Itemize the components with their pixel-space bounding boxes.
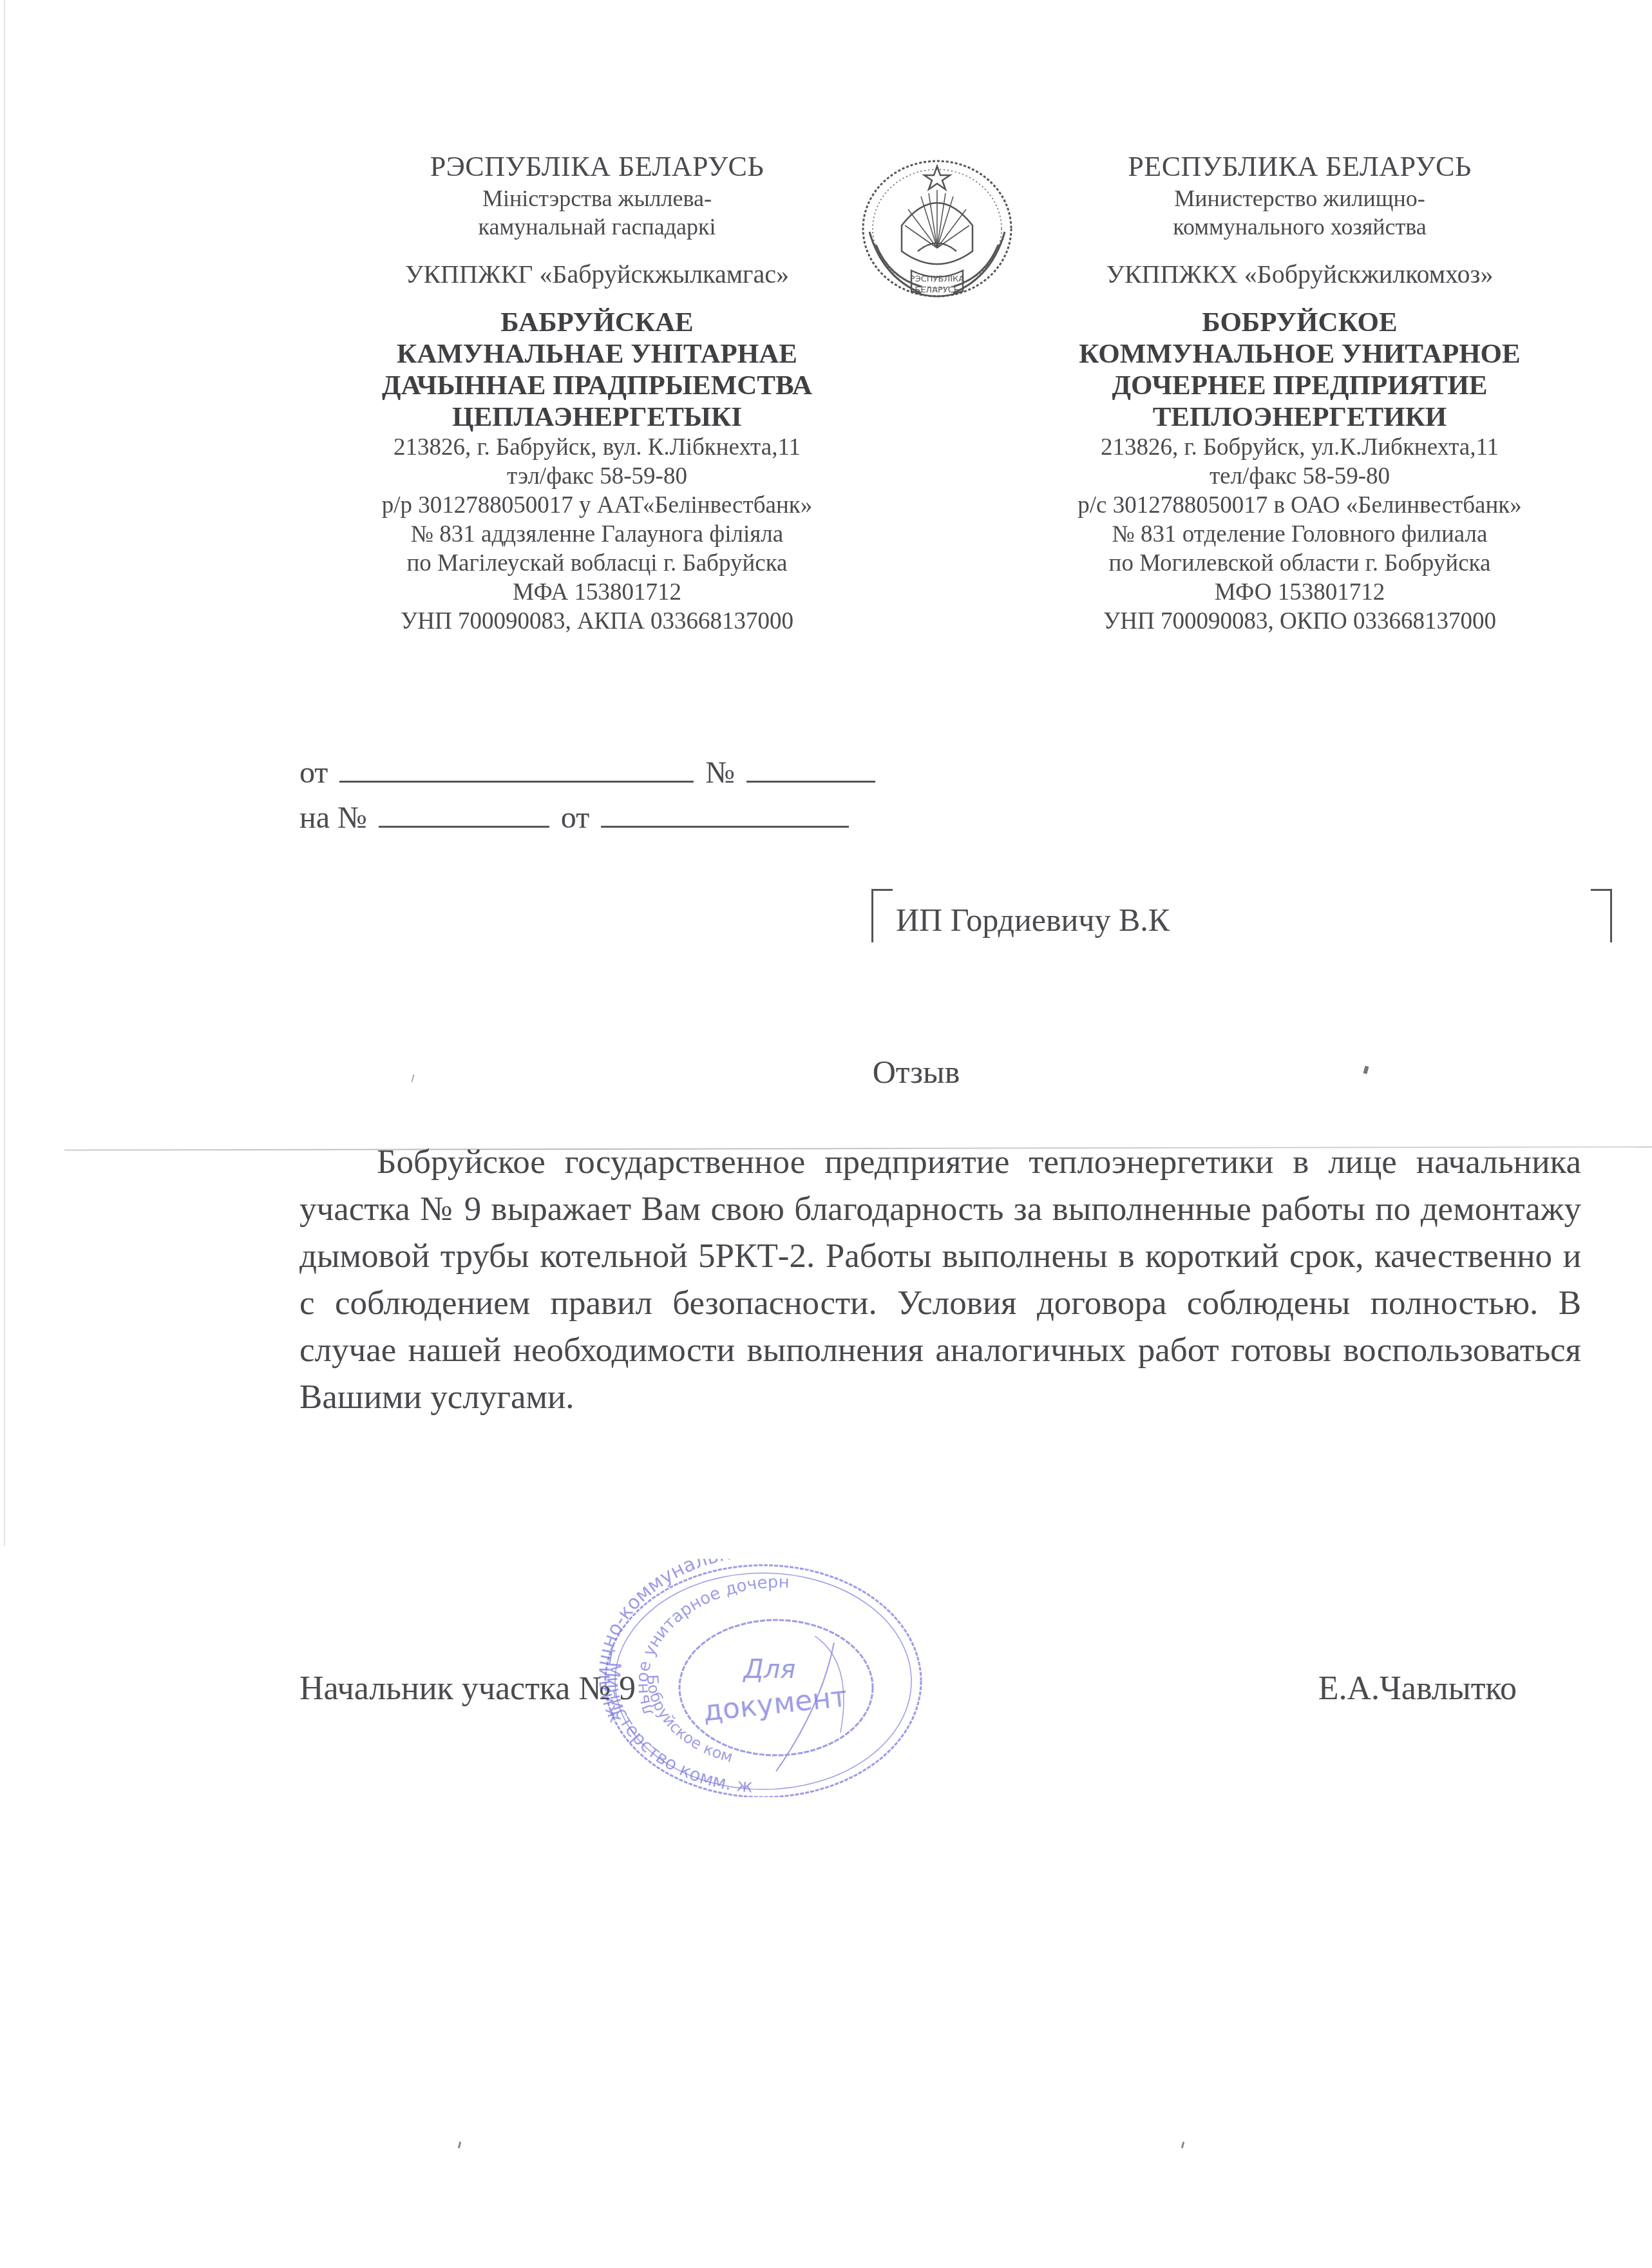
number-field[interactable] xyxy=(746,756,875,783)
corner-mark-left xyxy=(871,889,893,942)
scan-speck xyxy=(458,2142,461,2148)
org-full-line: ДАЧЫННАЕ ПРАДПРЫЕМСТВА xyxy=(320,370,874,401)
bank-region: по Могилевской области г. Бобруйска xyxy=(1023,549,1577,578)
bank-region: по Магілеускай вобласці г. Бабруйска xyxy=(320,549,874,578)
ministry-line: Министерство жилищно- xyxy=(1023,184,1577,213)
country-name: РЕСПУБЛИКА БЕЛАРУСЬ xyxy=(1023,149,1577,184)
ref-number-label: на № xyxy=(299,801,367,835)
org-full-line: ТЕПЛОЭНЕРГЕТИКИ xyxy=(1023,401,1577,433)
org-full-line: КОММУНАЛЬНОЕ УНИТАРНОЕ xyxy=(1023,338,1577,370)
bank-code: МФА 153801712 xyxy=(320,578,874,607)
ministry-line: коммунального хозяйства xyxy=(1023,213,1577,241)
bank-branch: № 831 отделение Головного филиала xyxy=(1023,520,1577,549)
document-title: Отзыв xyxy=(0,1053,1652,1091)
ref-number-field[interactable] xyxy=(379,801,549,828)
scan-edge xyxy=(4,0,5,1546)
org-full-name: БАБРУЙСКАЕ КАМУНАЛЬНАЕ УНІТАРНАЕ ДАЧЫННА… xyxy=(320,307,874,433)
svg-text:льное унитарное дочерн: льное унитарное дочерн xyxy=(632,1572,790,1718)
svg-text:Бобруйское ком: Бобруйское ком xyxy=(643,1674,735,1766)
corner-mark-right xyxy=(1591,889,1612,942)
letter-body: Бобруйское государственное предприятие т… xyxy=(299,1139,1581,1421)
outgoing-registration: от № xyxy=(299,754,879,792)
org-details: 213826, г. Бабруйск, вул. К.Лібкнехта,11… xyxy=(320,433,874,636)
bank-account: р/р 3012788050017 у ААТ«Белінвестбанк» xyxy=(320,491,874,520)
bank-code: МФО 153801712 xyxy=(1023,578,1577,607)
org-full-line: ЦЕПЛАЭНЕРГЕТЫКІ xyxy=(320,401,874,433)
date-label: от xyxy=(299,756,328,790)
tax-ids: УНП 700090083, ОКПО 033668137000 xyxy=(1023,607,1577,636)
reference-registration: на № от xyxy=(299,799,853,837)
phone-fax: тэл/факс 58-59-80 xyxy=(320,462,874,491)
addressee-name: ИП Гордиевичу В.К xyxy=(896,901,1170,939)
svg-text:РЭСПУБЛІКА: РЭСПУБЛІКА xyxy=(910,274,964,284)
org-full-line: БОБРУЙСКОЕ xyxy=(1023,307,1577,338)
number-label: № xyxy=(705,756,735,790)
address: 213826, г. Бабруйск, вул. К.Лібкнехта,11 xyxy=(320,433,874,462)
official-stamp: жилищно-коммунального х льное унитарное … xyxy=(583,1559,944,1797)
phone-fax: тел/факс 58-59-80 xyxy=(1023,462,1577,491)
org-short-name: УКППЖКГ «Бабруйскжылкамгас» xyxy=(320,258,874,291)
signer-position: Начальник участка № 9 xyxy=(299,1668,636,1710)
address: 213826, г. Бобруйск, ул.К.Либкнехта,11 xyxy=(1023,433,1577,462)
org-details: 213826, г. Бобруйск, ул.К.Либкнехта,11 т… xyxy=(1023,433,1577,636)
scan-speck xyxy=(1181,2142,1184,2148)
ref-date-field[interactable] xyxy=(601,801,849,828)
addressee-block: ИП Гордиевичу В.К xyxy=(871,889,1612,940)
ministry-line: камунальнай гаспадаркі xyxy=(320,213,874,241)
state-emblem-icon: РЭСПУБЛІКА БЕЛАРУСЬ xyxy=(857,155,1018,309)
org-full-name: БОБРУЙСКОЕ КОММУНАЛЬНОЕ УНИТАРНОЕ ДОЧЕРН… xyxy=(1023,307,1577,433)
bank-branch: № 831 аддзяленне Галаунога філіяла xyxy=(320,520,874,549)
date-field[interactable] xyxy=(339,756,694,783)
signer-name: Е.А.Чавлытко xyxy=(1318,1668,1517,1710)
org-full-line: КАМУНАЛЬНАЕ УНІТАРНАЕ xyxy=(320,338,874,370)
tax-ids: УНП 700090083, АКПА 033668137000 xyxy=(320,607,874,636)
letterhead-russian: РЕСПУБЛИКА БЕЛАРУСЬ Министерство жилищно… xyxy=(1023,149,1577,636)
country-name: РЭСПУБЛІКА БЕЛАРУСЬ xyxy=(320,149,874,184)
bank-account: р/с 3012788050017 в ОАО «Белинвестбанк» xyxy=(1023,491,1577,520)
ref-date-label: от xyxy=(561,801,589,835)
org-full-line: ДОЧЕРНЕЕ ПРЕДПРИЯТИЕ xyxy=(1023,370,1577,401)
svg-text:документ: документ xyxy=(701,1680,849,1728)
title-text: Отзыв xyxy=(873,1054,960,1090)
org-full-line: БАБРУЙСКАЕ xyxy=(320,307,874,338)
letterhead-belarusian: РЭСПУБЛІКА БЕЛАРУСЬ Міністэрства жыллева… xyxy=(320,149,874,636)
svg-text:БЕЛАРУСЬ: БЕЛАРУСЬ xyxy=(915,285,960,295)
org-short-name: УКППЖКХ «Бобруйскжилкомхоз» xyxy=(1023,258,1577,291)
svg-text:Для: Для xyxy=(743,1655,796,1684)
ministry-line: Міністэрства жыллева- xyxy=(320,184,874,213)
